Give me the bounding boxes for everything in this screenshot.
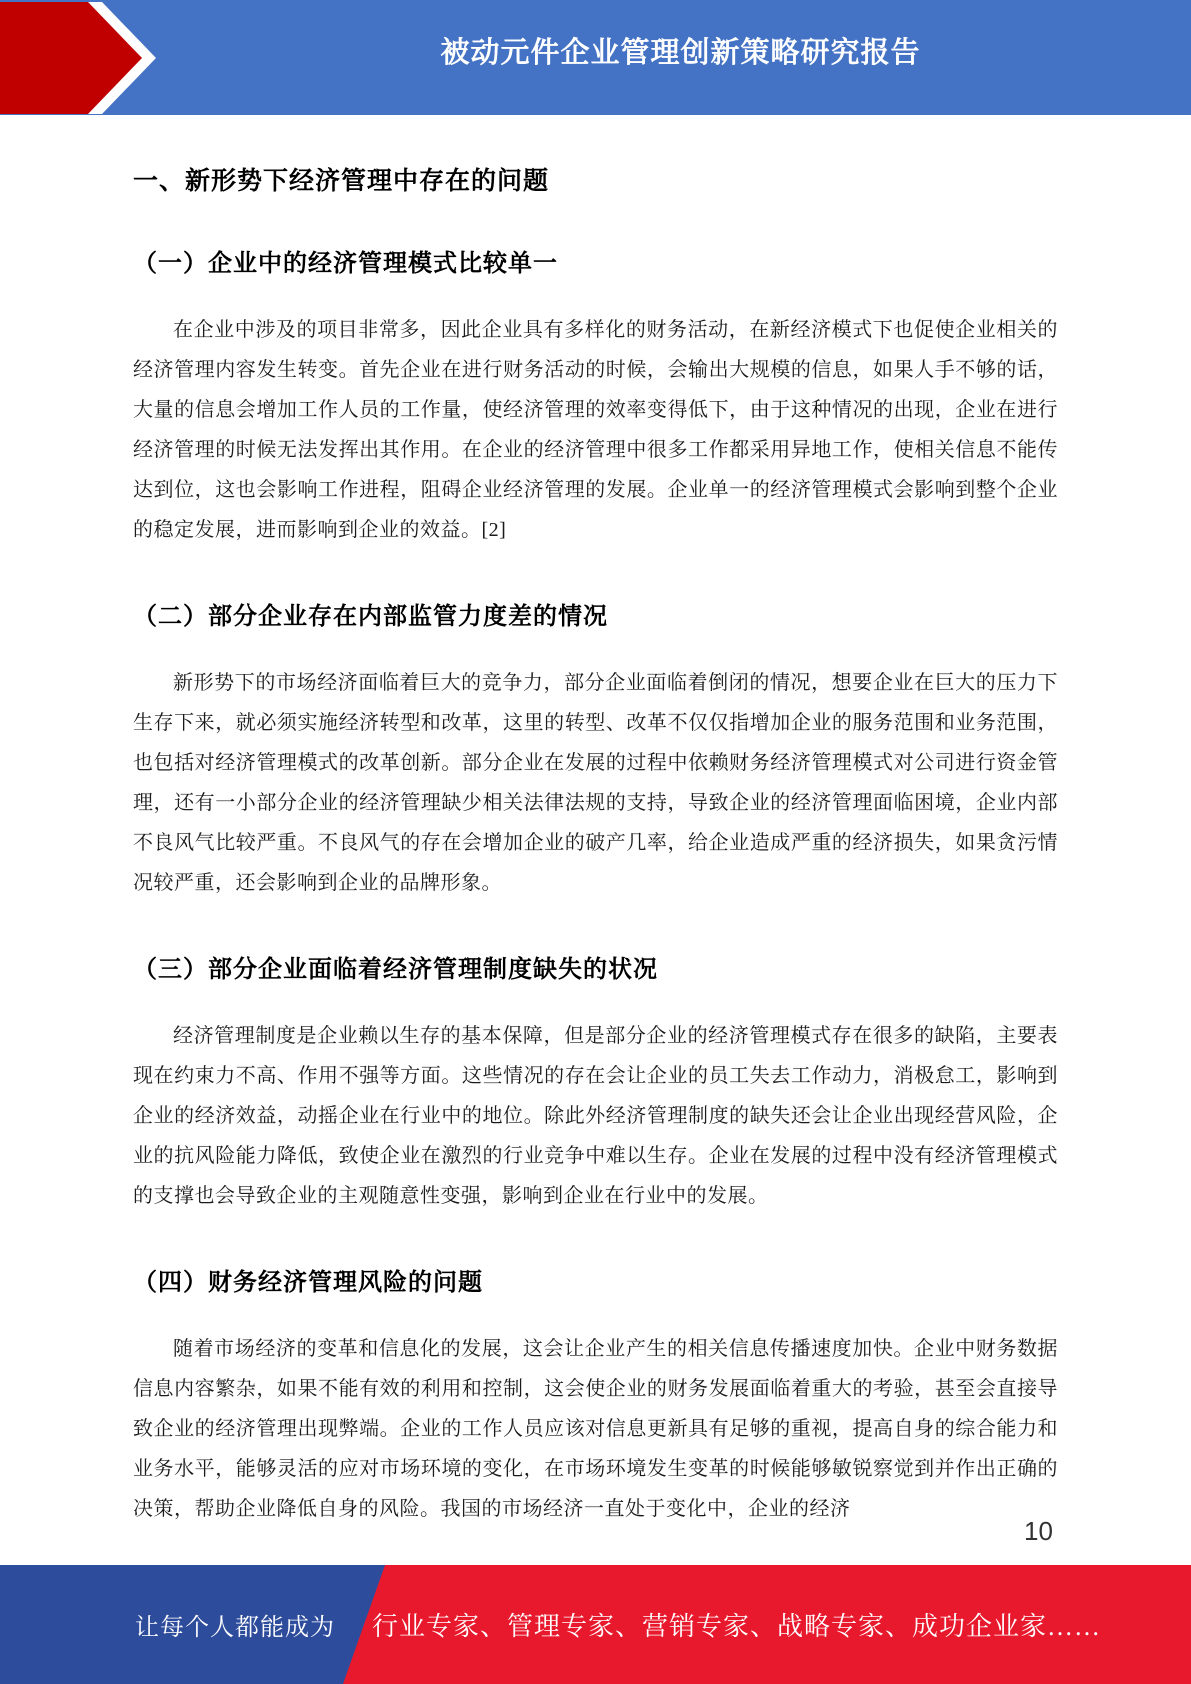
footer-slogan-right: 行业专家、管理专家、营销专家、战略专家、成功企业家…… bbox=[372, 1606, 1101, 1643]
subsection-heading-3: （三）部分企业面临着经济管理制度缺失的状况 bbox=[133, 949, 1058, 984]
report-title: 被动元件企业管理创新策略研究报告 bbox=[170, 30, 1191, 71]
paragraph-3: 经济管理制度是企业赖以生存的基本保障，但是部分企业的经济管理模式存在很多的缺陷，… bbox=[133, 1016, 1058, 1216]
document-body: 一、新形势下经济管理中存在的问题 （一）企业中的经济管理模式比较单一 在企业中涉… bbox=[133, 115, 1058, 1529]
page-footer: 行业专家、管理专家、营销专家、战略专家、成功企业家…… 让每个人都能成为 bbox=[0, 1565, 1191, 1684]
paragraph-1: 在企业中涉及的项目非常多，因此企业具有多样化的财务活动，在新经济模式下也促使企业… bbox=[133, 310, 1058, 550]
footer-slogan-left: 让每个人都能成为 bbox=[135, 1607, 335, 1642]
section-heading-main: 一、新形势下经济管理中存在的问题 bbox=[133, 161, 1058, 197]
page-number: 10 bbox=[1024, 1516, 1053, 1547]
subsection-heading-1: （一）企业中的经济管理模式比较单一 bbox=[133, 243, 1058, 278]
subsection-heading-4: （四）财务经济管理风险的问题 bbox=[133, 1262, 1058, 1297]
paragraph-4: 随着市场经济的变革和信息化的发展，这会让企业产生的相关信息传播速度加快。企业中财… bbox=[133, 1329, 1058, 1529]
chevron-right-icon bbox=[0, 0, 170, 115]
subsection-heading-2: （二）部分企业存在内部监管力度差的情况 bbox=[133, 596, 1058, 631]
chevron-fill bbox=[0, 2, 142, 114]
paragraph-2: 新形势下的市场经济面临着巨大的竞争力，部分企业面临着倒闭的情况，想要企业在巨大的… bbox=[133, 663, 1058, 903]
page-header: 被动元件企业管理创新策略研究报告 bbox=[0, 0, 1191, 115]
footer-blue-band: 让每个人都能成为 bbox=[0, 1565, 400, 1684]
report-page: 被动元件企业管理创新策略研究报告 一、新形势下经济管理中存在的问题 （一）企业中… bbox=[0, 0, 1191, 1684]
